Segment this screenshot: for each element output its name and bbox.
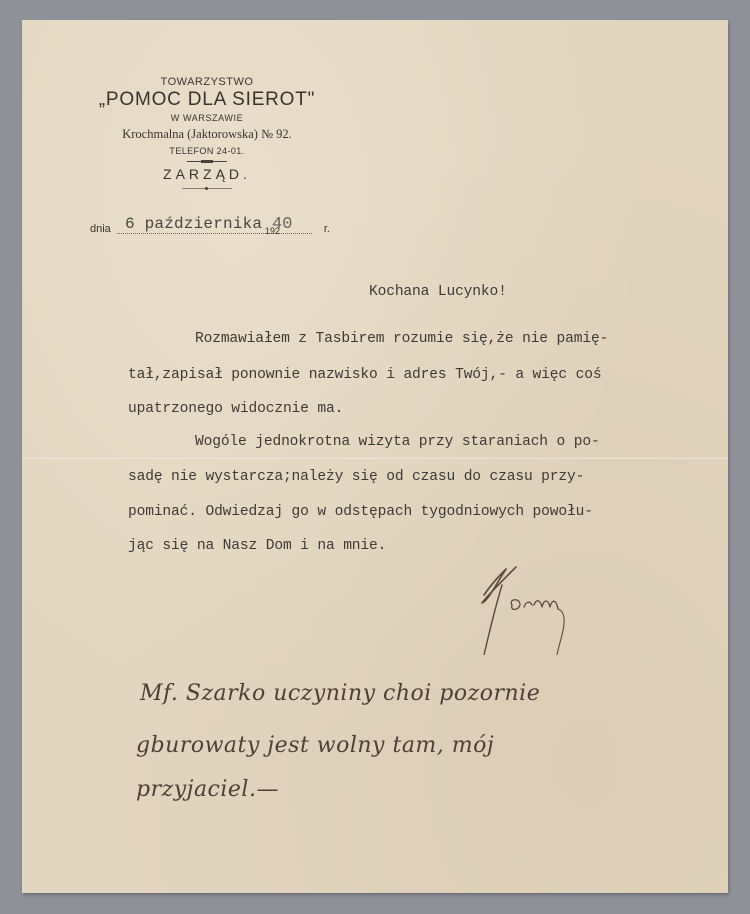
paragraph-1-line: tał,zapisał ponownie nazwisko i adres Tw…: [128, 367, 601, 383]
paragraph-2-line: sadę nie wystarcza;należy się od czasu d…: [128, 469, 584, 485]
postscript-line: przyjaciel.—: [136, 777, 279, 802]
date-line: dnia 6 października 192 40 r.: [90, 213, 330, 237]
paragraph-1-line: upatrzonego widocznie ma.: [128, 401, 343, 417]
paper-fold-line: [22, 457, 728, 459]
paragraph-2-line: Wogóle jednokrotna wizyta przy staraniac…: [195, 434, 600, 450]
postscript-line: gburowaty jest wolny tam, mój: [136, 733, 494, 758]
letterhead-society: TOWARZYSTWO: [97, 75, 317, 89]
letterhead-city: W WARSZAWIE: [97, 111, 317, 125]
letterhead-board: ZARZĄD.: [97, 164, 317, 184]
letterhead-phone: TELEFON 24-01.: [97, 144, 317, 158]
letterhead-address: Krochmalna (Jaktorowska) № 92.: [97, 125, 317, 143]
letterhead-dot-divider: [182, 188, 232, 189]
letter-paper: TOWARZYSTWO „POMOC DLA SIEROT" W WARSZAW…: [22, 20, 728, 893]
paragraph-2-line: jąc się na Nasz Dom i na mnie.: [128, 538, 386, 554]
letterhead-organization-name: „POMOC DLA SIEROT": [97, 89, 317, 111]
signature: Korczak: [462, 565, 592, 655]
signature-text: Korczak: [511, 624, 520, 626]
date-suffix: r.: [324, 223, 330, 235]
scan-stage: TOWARZYSTWO „POMOC DLA SIEROT" W WARSZAW…: [0, 0, 750, 914]
date-typed-year: 40: [272, 215, 292, 234]
paragraph-2-line: pominać. Odwiedzaj go w odstępach tygodn…: [128, 504, 593, 520]
date-typed-day-month: 6 października: [125, 215, 262, 233]
letterhead-divider: [187, 161, 227, 162]
paragraph-1-line: Rozmawiałem z Tasbirem rozumie się,że ni…: [195, 331, 608, 347]
date-prefix: dnia: [90, 223, 111, 235]
letterhead: TOWARZYSTWO „POMOC DLA SIEROT" W WARSZAW…: [97, 75, 317, 189]
handwritten-postscript: Mf. Szarko uczyniny choi pozornie gburow…: [132, 660, 692, 810]
postscript-line: Mf. Szarko uczyniny choi pozornie: [139, 681, 540, 706]
letter-greeting: Kochana Lucynko!: [369, 284, 507, 300]
